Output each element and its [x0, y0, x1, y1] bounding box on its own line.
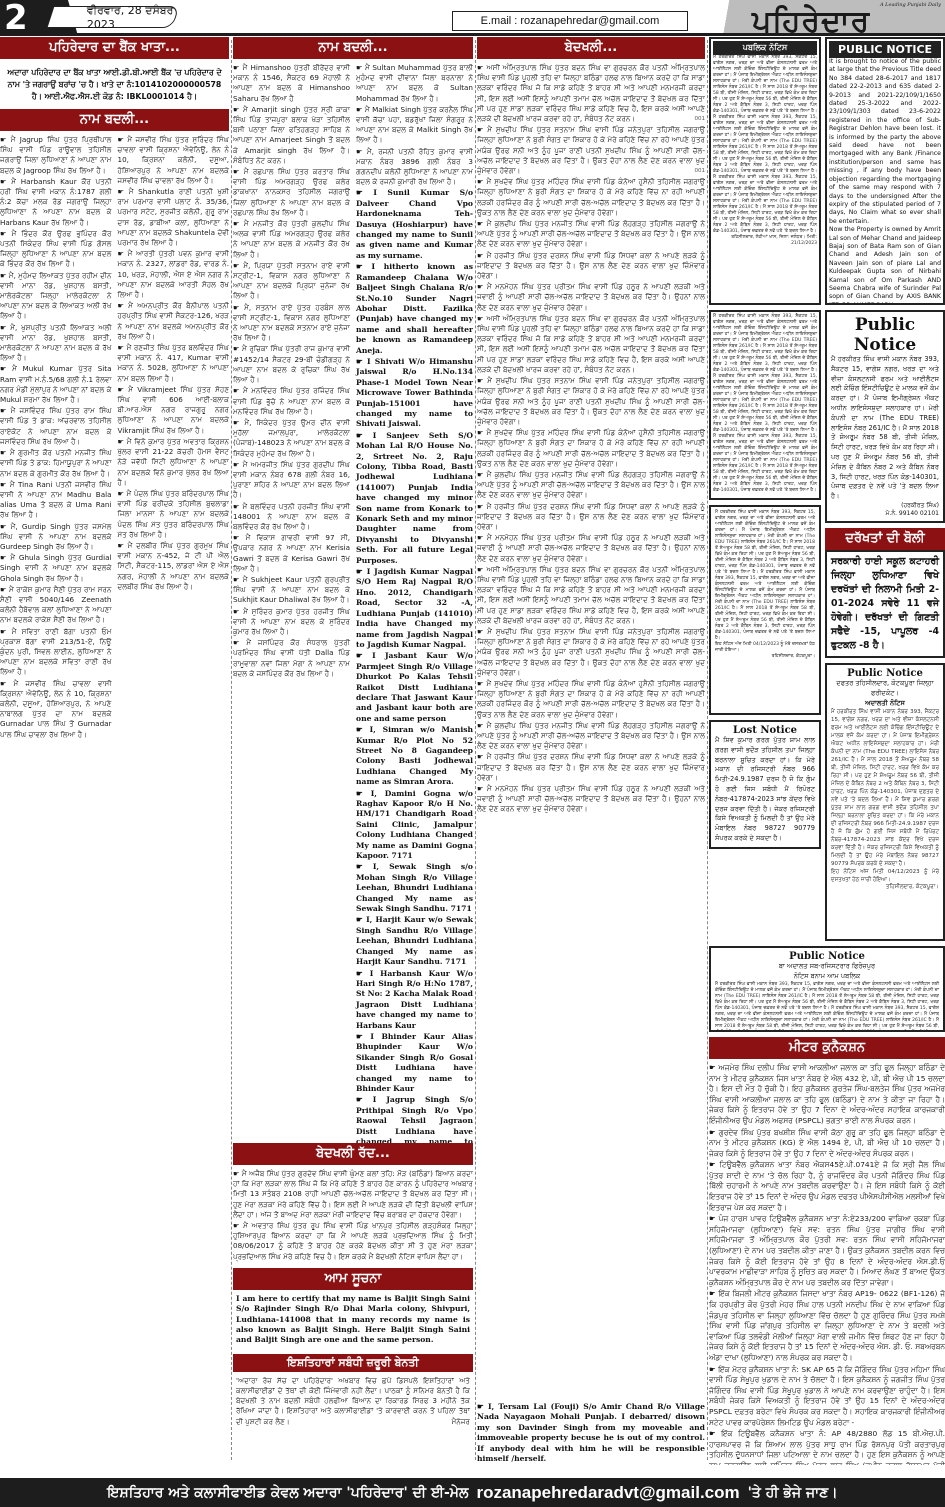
list-item: ☛ ਅਸੀਂ ਅੰਮ੍ਰਿਤਪਾਲ ਸਿੰਘ ਪੁੱਤਰ ਬਦਨ ਸਿੰਘ ਵਾ… [477, 63, 705, 124]
list-item: ☛ I, Simran w/o Manish Kumar R/o Plot No… [356, 725, 473, 787]
hand-pointer-icon: ☛ [477, 784, 487, 793]
hand-pointer-icon: ☛ [233, 418, 244, 427]
court-notice-title: ਪਬਲਿਕ ਨੋਟਿਸ [713, 41, 817, 55]
list-item: ☛ ਮੈਂ ਗੁਰਮੀਤ ਕੌਰ ਪਤਨੀ ਮਨਜੀਤ ਸਿੰਘ ਵਾਸੀ ਪਿ… [0, 448, 112, 479]
hand-pointer-icon: ☛ [477, 533, 487, 542]
list-item: ☛ ਮੈਂ ਸੁਰਿੰਦਰ ਕੁਮਾਰ ਪੁੱਤਰ ਹਰਜੀਤ ਸਿੰਘ ਵਾਸ… [233, 607, 350, 638]
list-item: ☛ I Jasbant Kaur W/o Parmjeet Singh R/o … [356, 651, 473, 724]
kotkapura-notice-footer: ਇਹ ਨੋਟਿਸ ਅੱਜ ਮਿਤੀ 04/12/2023 ਨੂੰ ਮੇਰੇ ਦਸ… [715, 642, 815, 654]
public-notice-pa-title: Public Notice [831, 315, 939, 355]
list-item: ☛ ਮੈਂ ਸਵਿਤਾ ਰਾਣੀ ਬੱਗਾ ਪਤਨੀ ਓਮ ਪ੍ਰਕਾਸ਼ ਬੱ… [0, 627, 112, 678]
public-notice-pa-mobile: ਮੋ.ਨੰ. 99140 02101 [831, 510, 939, 518]
list-item: ☛ ਅਸੀਂ ਅੰਮ੍ਰਿਤਪਾਲ ਸਿੰਘ ਪੁੱਤਰ ਬਦਨ ਸਿੰਘ ਵਾ… [477, 314, 705, 375]
footer-email[interactable]: rozanapehredaradvt@gmail.com [476, 1483, 739, 1503]
list-item: ☛ ਮੈਂ ਰਛਪਾਲ ਸਿੰਘ ਪੁੱਤਰ ਕਰਤਾਰ ਸਿੰਘ ਵਾਸੀ ਪ… [233, 167, 350, 218]
hand-pointer-icon: ☛ [233, 344, 242, 353]
hand-pointer-icon: ☛ [477, 721, 487, 730]
hand-pointer-icon: ☛ [356, 567, 367, 576]
list-item: ☛ I Harbansh Kaur W/o Hari Singh R/o H:N… [356, 969, 473, 1031]
masthead-email[interactable]: E.mail : rozanapehredar@gmail.com [452, 11, 688, 31]
hand-pointer-icon: ☛ [356, 357, 367, 366]
hand-pointer-icon: ☛ [356, 725, 370, 734]
list-item: ☛ ਮੈਂ ਹਰਜੀਤ ਸਿੰਘ ਪੁੱਤਰ ਦਰਸ਼ਨ ਸਿੰਘ ਵਾਸੀ ਪ… [477, 752, 705, 783]
list-item: ☛ ਮੈਂ Jagrup ਸਿੰਘ ਪੁੱਤਰ ਪ੍ਰਿਥੀਪਾਲ ਸਿੰਘ ਵ… [0, 135, 112, 176]
hand-pointer-icon: ☛ [0, 480, 10, 489]
list-item: ☛ I Sunil Kumar S/o Dalveer Chand Vpo Ha… [356, 188, 473, 261]
list-item: ☛ ਇੱਕ ਬਿਜਲੀ ਮੀਟਰ ਕੁਨੈਕਸ਼ਨ ਜਿਸਦਾ ਖਾਤਾ ਨੰਬ… [709, 1289, 945, 1363]
list-item: ☛ ਮੈਂ Mukul Kumar ਪੁੱਤਰ Sita Ram ਵਾਸੀ ਮ.… [0, 364, 112, 405]
list-item: ☛ I hitherto known as Ramandeep Chalana … [356, 262, 473, 356]
hand-pointer-icon: ☛ [477, 125, 487, 134]
list-item: ☛ ਮੈਂ, Gurdip Singh ਪੁੱਤਰ ਜਸਮੇਲ ਸਿੰਘ ਵਾਸ… [0, 522, 112, 553]
masthead-rule [0, 33, 945, 36]
hand-pointer-icon: ☛ [0, 271, 9, 280]
hand-pointer-icon: ☛ [356, 789, 371, 798]
column-divider [231, 40, 232, 1460]
list-item: ☛ I Sanjeev Seth S/O Mohan Lal R/O House… [356, 431, 473, 566]
public-notice-english-box: PUBLIC NOTICE It is brought to notice of… [825, 37, 945, 305]
hand-pointer-icon: ☛ [0, 229, 12, 238]
list-item: ☛ ਮੈਂ ਅਜੈਬ ਸਿੰਘ ਪੁੱਤਰ ਗੁਰਦੇਵ ਸਿੰਘ ਵਾਸੀ ਘ… [233, 1169, 473, 1220]
list-item: ☛ ਮੈਂ, ਰਜਨੀ ਪਤਨੀ ਰੋਹਿਤ ਕੁਮਾਰ ਵਾਸੀ ਮਕਾਨ ਨ… [356, 147, 473, 188]
column-bank-and-name-change: ਪਹਿਰੇਦਾਰ ਦਾ ਬੈਂਕ ਖਾਤਾ... ਅਦਾਰਾ ਪਹਿਰੇਦਾਰ … [0, 37, 229, 1465]
issue-date: ਵੀਰਵਾਰ, 28 ਦਸੰਬਰ 2023 [87, 4, 175, 31]
lost-notice-box: Lost Notice ਮੈਂ ਸ਼ਿਵ ਕੁਮਾਰ ਗਰਗ ਪੁੱਤਰ ਸ਼ਾ… [709, 720, 821, 849]
kotkapura-notice-title: Public Notice [831, 668, 939, 679]
disownment-banner: ਬੇਦਖਲੀ... [477, 37, 705, 59]
list-item: ☛ ਮੈਂ ਜਸਪਿੰਦਰ ਕੌਰ ਸੰਧਰਾਲ ਪੁੱਤਰੀ ਪਰਮਿੰਦਰ … [233, 638, 350, 679]
list-item: ☛ ਮੈਂ ਸੁਖਦੇਵ ਸਿੰਘ ਪੁੱਤਰ ਮਹਿੰਦਰ ਸਿੰਘ ਵਾਸੀ… [477, 177, 705, 218]
kotkapura-notice-sign-2: ਤਹਿਸੀਲਦਾਰ, ਕੋਟਕਪੂਰਾ। [831, 884, 939, 890]
list-item: ☛ ਮੈਂ ਆਰਤੀ ਪੁੱਤਰੀ ਪਵਨ ਕੁਮਾਰ ਵਾਸੀ ਮਕਾਨ ਨੰ… [118, 249, 230, 300]
hand-pointer-icon: ☛ [477, 282, 487, 291]
list-item: ☛ ਮੈਂ ਸੁਖਦੀਪ ਸਿੰਘ ਪੁੱਤਰ ਸਤਨਾਮ ਸਿੰਘ ਵਾਸੀ … [477, 125, 705, 176]
list-item: ☛ ਮੈਂ ਸੁਖਦੇਵ ਸਿੰਘ ਪੁੱਤਰ ਮਹਿੰਦਰ ਸਿੰਘ ਵਾਸੀ… [477, 679, 705, 720]
lost-notice-title: Lost Notice [715, 725, 815, 736]
list-item: ☛ ਮੈਂ Himanshoo ਪੁੱਤਰੀ ਬੀਰੇਂਦਰ ਵਾਸੀ ਮਕਾਨ… [233, 63, 350, 104]
kotkapura-notice-sign: ਤਹਿਸੀਲਦਾਰ, ਕੋਟਕਪੂਰਾ। [715, 654, 815, 660]
court-public-notice-body: ਮੈਂ ਹਰਕੀਰਤ ਸਿੰਘ ਵਾਸੀ ਮਕਾਨ ਨੰਬਰ 393, ਸੈਕਟ… [715, 982, 939, 1032]
hand-pointer-icon: ☛ [709, 1063, 718, 1072]
list-item: ☛ ਮੈਂ ਬਲਵਿੰਦਰ ਪਤਨੀ ਹਰਜੀਤ ਸਿੰਘ ਵਾਸੀ 14800… [233, 502, 350, 533]
list-item: ☛ ਮੈਂ ਰਣਜੀਤ ਸਿੰਘ ਪੁੱਤਰ ਬਲਵਿੰਦਰ ਸਿੰਘ ਵਾਸੀ… [118, 343, 230, 384]
list-item: ☛ ਮੈਂ ਵਿਨੋ ਕੁਮਾਰ ਪੁੱਤਰ ਅਵਤਾਰ ਕ੍ਰਿਸ਼ਨ ਖੁੱ… [118, 437, 230, 488]
list-item: ☛ ਮੈਂ, ਸਿਕੰਦਰ ਪੁੱਤਰ ਉਮਰ ਦੀਨ ਵਾਸੀ ਮੁਹੱਲਾ … [233, 418, 350, 459]
list-item: ☛ I Jagrup Singh S/o Prithipal Singh R/o… [356, 1095, 473, 1143]
list-item: ☛ ਮੈਂ, ਪ੍ਰਿਯਾ ਪੁੱਤਰੀ ਸਤਨਾਮ ਰਾਏ ਵਾਸੀ ਸਟ੍ਰ… [233, 261, 350, 302]
name-change-list-left: ☛ ਮੈਂ Jagrup ਸਿੰਘ ਪੁੱਤਰ ਪ੍ਰਿਥੀਪਾਲ ਸਿੰਘ ਵ… [0, 135, 112, 741]
list-item: ☛ ਮੈਂ Shankutla ਰਾਣੀ ਪਤਨੀ ਖੁਸ਼ੀ ਰਾਮ ਪਰਮਾ… [118, 187, 230, 248]
kotkapura-notice-body: ਮੈਂ ਹਰਕੀਰਤ ਸਿੰਘ ਵਾਸੀ ਮਕਾਨ ਨੰਬਰ 393, ਸੈਕਟ… [831, 708, 939, 868]
hand-pointer-icon: ☛ [356, 651, 372, 660]
list-item: ☛ ਮੈਂ ਅਮਨਪ੍ਰੀਤ ਕੌਰ ਬੈਨੀਪਾਲ ਪਤਨੀ ਹਰਪ੍ਰੀਤ … [118, 301, 230, 342]
hand-pointer-icon: ☛ [356, 431, 373, 440]
court-public-notice-heading: ਨੋਟਿਸ ਬਨਾਮ ਆਮ ਪਬਲਿਕ [715, 972, 939, 982]
list-item: ☛ ਮੈਂ Sultan Muhammad ਪੁੱਤਰ ਬਾਲੀ ਮੁਹੰਮਦ … [356, 63, 473, 104]
list-item: ☛ I Bhinder Kaur Alias Bhupinder Kaur W/… [356, 1032, 473, 1094]
court-public-notice-title: Public Notice [715, 951, 939, 962]
bank-account-text: ਅਦਾਰਾ ਪਹਿਰੇਦਾਰ ਦਾ ਬੈਂਕ ਖਾਤਾ ਆਈ.ਡੀ.ਬੀ.ਆਈ … [0, 63, 229, 109]
hand-pointer-icon: ☛ [233, 63, 243, 72]
list-item: ☛ ਮੈਂ Tina Rani ਪਤਨੀ ਜਸਵੀਰ ਸਿੰਘ ਵਾਸੀ ਨੇ … [0, 480, 112, 521]
hand-pointer-icon: ☛ [233, 638, 246, 647]
list-item: ☛ ਮੈਂ ਮਨਜੀਤ ਕੌਰ ਪੁੱਤਰੀ ਕੁਲਦੀਪ ਸਿੰਘ ਅਲਕ ਵ… [233, 219, 350, 260]
hand-pointer-icon: ☛ [233, 105, 243, 114]
hand-pointer-icon: ☛ [709, 1289, 718, 1298]
public-info-text: I am here to certify that my name is Bal… [233, 1294, 473, 1346]
list-item: ☛ ਮੈਂ ਭਿੰਦਰ ਕੌਰ ਉਰਫ ਭੁਪਿੰਦਰ ਕੌਰ ਪਤਨੀ ਸਿਕ… [0, 229, 112, 270]
kotkapura-notice-box-left: ਮੈਂ ਹਰਕੀਰਤ ਸਿੰਘ ਵਾਸੀ ਮਕਾਨ ਨੰਬਰ 393, ਸੈਕਟ… [709, 505, 821, 715]
hand-pointer-icon: ☛ [118, 301, 129, 310]
name-change-banner: ਨਾਮ ਬਦਲੀ... [0, 109, 229, 131]
name-change-list-punjabi: ☛ ਮੈਂ Himanshoo ਪੁੱਤਰੀ ਬੀਰੇਂਦਰ ਵਾਸੀ ਮਕਾਨ… [233, 63, 350, 1143]
court-notice-box-2: ਮੈਂ ਹਰਕੀਰਤ ਸਿੰਘ ਵਾਸੀ ਮਕਾਨ ਨੰਬਰ 393, ਸੈਕਟ… [709, 310, 821, 500]
hand-pointer-icon: ☛ [118, 437, 127, 446]
public-notice-punjabi-box: Public Notice ਮੈਂ ਹਰਕੀਰਤ ਸਿੰਘ ਵਾਸੀ ਮਕਾਨ … [825, 310, 945, 523]
tree-auction-body: ਸਰਕਾਰੀ ਹਾਈ ਸਕੂਲ ਕਟਾਹਰੀ ਜਿਲ੍ਹਾ ਲੁਧਿਆਣਾ ਵਿ… [831, 555, 939, 653]
ads-notice-text: 'ਅਦਾਰਾ ਰੋਜ਼ ਸੱਚ ਦਾ ਪਹਿਰੇਦਾਰ' ਅਖਬਾਰ ਵਿਚ ਛ… [233, 1376, 473, 1427]
hand-pointer-icon: ☛ [0, 323, 10, 332]
column-name-change-2: ਨਾਮ ਬਦਲੀ... ☛ ਮੈਂ Himanshoo ਪੁੱਤਰੀ ਬੀਰੇਂ… [233, 37, 473, 1465]
hand-pointer-icon: ☛ [0, 448, 10, 457]
list-item: ☛ ਟਿਊਬਵੈੱਲ ਕੁਨੈਕਸ਼ਨ ਖਾਤਾ ਨੰਬਰ ਐਕਸ45ਏ.ਪੀ.… [709, 1160, 945, 1213]
hand-pointer-icon: ☛ [477, 376, 487, 385]
list-item: ☛ ਅਜਮੇਰ ਸਿੰਘ ਦਲੀਪ ਸਿੰਘ ਵਾਸੀ ਆਕਲੀਆ ਜਲਾਲ ਕ… [709, 1063, 945, 1127]
hand-pointer-icon: ☛ [0, 522, 11, 531]
list-item: ☛ ਮੈਂ, ਖੁਸ਼ਪ੍ਰੀਤ ਪਤਨੀ ਲਿਆਕਤ ਅਲੀ ਵਾਸੀ ਮਾਨ… [0, 323, 112, 364]
list-item: ☛ ਮੈਂ ਅਮਰਜੀਤ ਸਿੰਘ ਪੁੱਤਰ ਗੁਰਦੀਪ ਸਿੰਘ ਵਾਸੀ… [233, 460, 350, 501]
hand-pointer-icon: ☛ [233, 1221, 243, 1230]
hand-pointer-icon: ☛ [477, 1402, 488, 1411]
list-item: ☛ ਮੈਂ ਹਰਜੀਤ ਸਿੰਘ ਪੁੱਤਰ ਦਰਸ਼ਨ ਸਿੰਘ ਵਾਸੀ ਪ… [477, 251, 705, 282]
list-item: ☛ ਮੈਂ ਕੁਲਦੀਪ ਸਿੰਘ ਪੁੱਤਰ ਮਨਜੀਤ ਸਿੰਘ ਵਾਸੀ … [477, 219, 705, 250]
bank-account-banner: ਪਹਿਰੇਦਾਰ ਦਾ ਬੈਂਕ ਖਾਤਾ... [0, 37, 229, 59]
list-item: ☛ ਮੈਂ ਮਨਮੋਹਨ ਸਿੰਘ ਪੁੱਤਰ ਪ੍ਰੀਤਮ ਸਿੰਘ ਵਾਸੀ… [477, 282, 705, 313]
hand-pointer-icon: ☛ [233, 1169, 242, 1178]
court-notice-box: ਪਬਲਿਕ ਨੋਟਿਸ ਮੈਂ ਹਰਕੀਰਤ ਸਿੰਘ ਵਾਸੀ ਮਕਾਨ ਨੰ… [709, 37, 821, 305]
court-notice-body: ਮੈਂ ਹਰਕੀਰਤ ਸਿੰਘ ਵਾਸੀ ਮਕਾਨ ਨੰਬਰ 393, ਸੈਕਟ… [713, 55, 817, 235]
name-change-list-right: ☛ ਮੈਂ ਜਸਵੀਰ ਸਿੰਘ ਪੁੱਤਰ ਸੁਰਿੰਦਰ ਸਿੰਘ ਚਾਵਲ… [118, 135, 230, 741]
list-item: ☛ ਮੈਂ Amarjit singh ਪੁੱਤਰ ਸ੍ਰੀ ਕਾਕਾ ਸਿੰਘ… [233, 105, 350, 166]
hand-pointer-icon: ☛ [118, 343, 127, 352]
list-item: ☛ ਮੈਂ ਮਨਵਿੰਦਰ ਸਿੰਘ ਪੁੱਤਰ ਰਜਿੰਦਰ ਸਿੰਘ ਵਾਸ… [233, 386, 350, 417]
list-item: ☛ ਮੈਂ ਸੁਖਦੇਵ ਸਿੰਘ ਪੁੱਤਰ ਮਹਿੰਦਰ ਸਿੰਘ ਵਾਸੀ… [477, 428, 705, 469]
column-divider [707, 40, 708, 1460]
hand-pointer-icon: ☛ [118, 541, 128, 550]
list-item: ☛ I, Sewak Singh s/o Mohan Singh R/o Vil… [356, 862, 473, 914]
kotkapura-notice-footer-2: ਇਹ ਨੋਟਿਸ ਅੱਜ ਮਿਤੀ 04/12/2023 ਨੂੰ ਮੇਰੇ ਦਸ… [831, 868, 939, 884]
tagline: A Leading Punjabi Daily [880, 2, 941, 8]
hand-pointer-icon: ☛ [233, 386, 243, 395]
list-item: ☛ ਮੈਂ ਜਸਵਿੰਦਰ ਸਿੰਘ ਪੁੱਤਰ ਰਾਮ ਸਿੰਘ ਵਾਸੀ ਪ… [0, 406, 112, 447]
hand-pointer-icon: ☛ [709, 1128, 719, 1137]
hand-pointer-icon: ☛ [0, 679, 14, 688]
hand-pointer-icon: ☛ [356, 862, 373, 871]
hand-pointer-icon: ☛ [709, 1365, 718, 1374]
masthead: 2 ਵੀਰਵਾਰ, 28 ਦਸੰਬਰ 2023 E.mail : rozanap… [0, 0, 945, 36]
hand-pointer-icon: ☛ [0, 553, 10, 562]
court-notice-sign: ਤਹਿਸੀਲਦਾਰ, ਲੋਹੀਆਂ ਖਾਸ, ਜਿਲਾ: ਜਲੰਧਰ। ਮਿਤੀ… [713, 235, 817, 247]
hand-pointer-icon: ☛ [356, 147, 367, 156]
list-item: ☛ ਮੈਂ Ghula Singh ਪੁੱਤਰ Gurdial Singh ਵਾ… [0, 553, 112, 584]
hand-pointer-icon: ☛ [118, 385, 129, 394]
list-item: ☛ ਮੈਂ Vikramjeet ਸਿੰਘ ਪੁੱਤਰ ਸੋਹਣ ਸਿੰਘ ਵਾ… [118, 385, 230, 436]
hand-pointer-icon: ☛ [356, 1032, 370, 1041]
list-item: ☛ ਮੈਂ ਜਸਵੀਰ ਸਿੰਘ ਚਾਵਲਾ ਵਾਸੀ ਕ੍ਰਿਸ਼ਨਾ ਐਵੇ… [0, 679, 112, 740]
footer-banner: ਇਸ਼ਤਿਹਾਰ ਅਤੇ ਕਲਾਸੀਫਾਈਡ ਕੇਵਲ ਅਦਾਰਾ 'ਪਹਿਰੇ… [0, 1478, 945, 1507]
list-item: ☛ ਮੈਂ ਦਲਬੀਰ ਸਿੰਘ ਪੁੱਤਰ ਗੁਰਮੁਖ ਸਿੰਘ ਵਾਸੀ … [118, 541, 230, 592]
hand-pointer-icon: ☛ [356, 969, 370, 978]
hand-pointer-icon: ☛ [356, 1095, 373, 1104]
list-item: ☛ ਮੈਂ ਵਿਕਾਸ ਗਾਵਰੀ ਵਾਸੀ 97 ਸੀ, ਉਪਕਾਰ ਨਗਰ … [233, 533, 350, 574]
hand-pointer-icon: ☛ [356, 105, 365, 114]
ads-notice-banner: ਇਸ਼ਤਿਹਾਰਾਂ ਸਬੰਧੀ ਜ਼ਰੂਰੀ ਬੇਨਤੀ [233, 1354, 473, 1372]
name-change-banner-2: ਨਾਮ ਬਦਲੀ... [233, 37, 473, 59]
column-notices: ਪਬਲਿਕ ਨੋਟਿਸ ਮੈਂ ਹਰਕੀਰਤ ਸਿੰਘ ਵਾਸੀ ਮਕਾਨ ਨੰ… [709, 37, 945, 1465]
footer-text: ਇਸ਼ਤਿਹਾਰ ਅਤੇ ਕਲਾਸੀਫਾਈਡ ਕੇਵਲ ਅਦਾਰਾ 'ਪਹਿਰੇ… [107, 1485, 468, 1501]
hand-pointer-icon: ☛ [477, 470, 487, 479]
hand-pointer-icon: ☛ [709, 1214, 719, 1223]
public-info-banner: ਆਮ ਸੂਚਨਾ [233, 1268, 473, 1290]
list-item: ☛ ਮੈਂ, ਸਤਨਾਮ ਰਾਏ ਪੁੱਤਰ ਹਰਬੰਸ ਲਾਲ ਵਾਸੀ ਸਟ… [233, 303, 350, 344]
hand-pointer-icon: ☛ [233, 303, 244, 312]
hand-pointer-icon: ☛ [0, 406, 11, 415]
list-item: ☛ ਮੈਂ ਸੁਖਦੀਪ ਸਿੰਘ ਪੁੱਤਰ ਸਤਨਾਮ ਸਿੰਘ ਵਾਸੀ … [477, 376, 705, 427]
list-item: ☛ ਮੈਂ ਹਰਜੀਤ ਸਿੰਘ ਪੁੱਤਰ ਦਰਸ਼ਨ ਸਿੰਘ ਵਾਸੀ ਪ… [477, 502, 705, 533]
list-item: ☛ ਪੰਜ ਹਾਰਸ ਪਾਵਰ ਟਿਊਬਵੈੱਲ ਕੁਨੈਕਸ਼ਨ ਖਾਤਾ ਨ… [709, 1214, 945, 1288]
hand-pointer-icon: ☛ [118, 249, 128, 258]
list-item: ☛ ਮੈਂ ਕੁਲਦੀਪ ਸਿੰਘ ਪੁੱਤਰ ਮਨਜੀਤ ਸਿੰਘ ਵਾਸੀ … [477, 721, 705, 752]
date-box: ਵੀਰਵਾਰ, 28 ਦਸੰਬਰ 2023 [46, 6, 179, 28]
disownment-list: ☛ ਅਸੀਂ ਅੰਮ੍ਰਿਤਪਾਲ ਸਿੰਘ ਪੁੱਤਰ ਬਦਨ ਸਿੰਘ ਵਾ… [477, 63, 705, 815]
list-item: ☛ I, Harjit Kaur w/o Sewak Singh Sandhu … [356, 915, 473, 967]
list-item: ☛ ਮੈਂ ਮਨਮੋਹਨ ਸਿੰਘ ਪੁੱਤਰ ਪ੍ਰੀਤਮ ਸਿੰਘ ਵਾਸੀ… [477, 533, 705, 564]
hand-pointer-icon: ☛ [356, 188, 373, 197]
hand-pointer-icon: ☛ [0, 585, 9, 594]
list-item: ☛ I, Damini Gogna w/o Raghav Kapoor R/o … [356, 789, 473, 862]
hand-pointer-icon: ☛ [356, 63, 365, 72]
hand-pointer-icon: ☛ [118, 187, 129, 196]
kotkapura-notice-box: Public Notice ਦਫਤਰ ਤਹਿਸੀਲਦਾਰ, ਕੋਟਕਪੂਰਾ ਜ… [825, 663, 945, 941]
court-public-notice-box: Public Notice ਬਾ ਅਦਾਲਤ ਸਬ-ਰਜਿਸਟਰਾਰ ਫਿਰੋਜ… [709, 946, 945, 1032]
list-item: ☛ ਗੁਰਦੇਵ ਸਿੰਘ ਪੁੱਤਰ ਬਖਸ਼ੀਸ਼ ਸਿੰਘ ਵਾਸੀ ਕੋ… [709, 1128, 945, 1160]
public-notice-owner: Now the Property is owned by Amrit Lal s… [829, 226, 941, 305]
hand-pointer-icon: ☛ [233, 261, 243, 270]
list-item: ☛ ਮੈਂ, ਮੁਹੰਮਦ ਲਿਆਕਤ ਪੁੱਤਰ ਰਹੀਮ ਦੀਨ ਵਾਸੀ … [0, 271, 112, 322]
disown-cancel-list: ☛ ਮੈਂ ਅਜੈਬ ਸਿੰਘ ਪੁੱਤਰ ਗੁਰਦੇਵ ਸਿੰਘ ਵਾਸੀ ਘ… [233, 1169, 473, 1262]
list-item: ☛ ਮੈਂ ਜਸਵੀਰ ਸਿੰਘ ਪੁੱਤਰ ਸੁਰਿੰਦਰ ਸਿੰਘ ਚਾਵਲ… [118, 135, 230, 186]
list-item: ☛ ਮੈਂ Malkiat Singh ਪੁੱਤਰ ਕਰਨੈਲ ਸਿੰਘ ਵਾਸ… [356, 105, 473, 146]
kotkapura-notice-body-left: ਮੈਂ ਹਰਕੀਰਤ ਸਿੰਘ ਵਾਸੀ ਮਕਾਨ ਨੰਬਰ 393, ਸੈਕਟ… [715, 510, 815, 642]
list-item: ☛ ਮੈਂ ਪੰਦਲ ਸਿੰਘ ਪੁੱਤਰ ਬਰਿੰਦਰਪਾਲ ਸਿੰਘ ਵਾਸ… [118, 489, 230, 540]
hand-pointer-icon: ☛ [233, 167, 244, 176]
name-change-list-mixed: ☛ ਮੈਂ Sultan Muhammad ਪੁੱਤਰ ਬਾਲੀ ਮੁਹੰਮਦ … [356, 63, 473, 1143]
hand-pointer-icon: ☛ [477, 219, 487, 228]
list-item: ☛ ਇੱਕ ਮੋਟਰ ਕੁਨੈਕਸ਼ਨ ਖਾਤਾ ਨੰ: SK AP 65 ਜੋ… [709, 1365, 945, 1429]
list-item: ☛ ਮੈਂ ਅਵਤਾਰ ਸਿੰਘ ਪੁੱਤਰ ਰੂਪ ਸਿੰਘ ਵਾਸੀ ਪਿੰ… [233, 1221, 473, 1262]
hand-pointer-icon: ☛ [233, 607, 243, 616]
hand-pointer-icon: ☛ [0, 364, 12, 373]
hand-pointer-icon: ☛ [233, 502, 243, 511]
disown-cancel-banner: ਬੇਦਖਲੀ ਰੱਦ... [233, 1143, 473, 1165]
ads-notice-sign: ਮੈਨੇਜਰ [452, 1417, 470, 1427]
public-notice-title: PUBLIC NOTICE [829, 41, 941, 58]
list-item: ☛ ਅਸੀਂ ਅੰਮ੍ਰਿਤਪਾਲ ਸਿੰਘ ਪੁੱਤਰ ਬਦਨ ਸਿੰਘ ਵਾ… [477, 565, 705, 626]
hand-pointer-icon: ☛ [233, 533, 246, 542]
hand-pointer-icon: ☛ [0, 135, 11, 144]
public-notice-body: It is brought to notice of the public at… [829, 58, 941, 226]
court-notice-2-body: ਮੈਂ ਹਰਕੀਰਤ ਸਿੰਘ ਵਾਸੀ ਮਕਾਨ ਨੰਬਰ 393, ਸੈਕਟ… [713, 314, 817, 494]
hand-pointer-icon: ☛ [356, 915, 366, 924]
public-notice-pa-body: ਮੈਂ ਹਰਕੀਰਤ ਸਿੰਘ ਵਾਸੀ ਮਕਾਨ ਨੰਬਰ 393, ਸੈਕਟ… [831, 355, 939, 502]
column-disownment: ਬੇਦਖਲੀ... ☛ ਅਸੀਂ ਅੰਮ੍ਰਿਤਪਾਲ ਸਿੰਘ ਪੁੱਤਰ ਬ… [477, 37, 705, 1465]
hand-pointer-icon: ☛ [233, 219, 244, 228]
disownment-english-item: ☛ I, Tersam Lal (Fouji) S/o Amir Chand R… [477, 1402, 705, 1464]
list-item: ☛ ਮੈਂ ਰਾਕੇਸ਼ ਕੁਮਾਰ ਸੈਣੀ ਪੁੱਤਰ ਰਾਮ ਸਰਨ ਸੈ… [0, 585, 112, 626]
list-item: ☛ I Shivati W/o Himanshu Jaiswal R/o H.N… [356, 357, 473, 430]
hand-pointer-icon: ☛ [477, 627, 487, 636]
lost-notice-body: ਮੈਂ ਸ਼ਿਵ ਕੁਮਾਰ ਗਰਗ ਪੁੱਤਰ ਸ਼ਾਮ ਲਾਲ ਗਰਗ ਵਾ… [715, 736, 815, 844]
column-divider [475, 40, 476, 1460]
hand-pointer-icon: ☛ [0, 627, 12, 636]
hand-pointer-icon: ☛ [233, 460, 243, 469]
hand-pointer-icon: ☛ [356, 262, 371, 271]
tree-auction-banner: ਦਰੱਖਤਾਂ ਦੀ ਬੋਲੀ [825, 528, 945, 550]
tree-auction-box: ਸਰਕਾਰੀ ਹਾਈ ਸਕੂਲ ਕਟਾਹਰੀ ਜਿਲ੍ਹਾ ਲੁਧਿਆਣਾ ਵਿ… [825, 550, 945, 658]
footer-text-end: 'ਤੇ ਹੀ ਭੇਜੇ ਜਾਣ। [748, 1485, 838, 1501]
hand-pointer-icon: ☛ [709, 1429, 721, 1438]
list-item: ☛ ਮੈਂ ਰੁਚਿਕਾ ਸਿੰਘ ਪੁੱਤਰੀ ਰਾਜ ਕੁਮਾਰ ਵਾਸੀ … [233, 344, 350, 385]
hand-pointer-icon: ☛ [477, 502, 487, 511]
hand-pointer-icon: ☛ [709, 1160, 719, 1169]
list-item: ☛ ਮੈਂ ਮਨਮੋਹਨ ਸਿੰਘ ਪੁੱਤਰ ਪ੍ਰੀਤਮ ਸਿੰਘ ਵਾਸੀ… [477, 784, 705, 815]
hand-pointer-icon: ☛ [118, 489, 127, 498]
hand-pointer-icon: ☛ [477, 251, 487, 260]
list-item: ☛ I Jagdish Kumar Nagpal S/O Hem Raj Nag… [356, 567, 473, 650]
list-item: ☛ ਮੈਂ ਸੁਖਦੀਪ ਸਿੰਘ ਪੁੱਤਰ ਸਤਨਾਮ ਸਿੰਘ ਵਾਸੀ … [477, 627, 705, 678]
hand-pointer-icon: ☛ [477, 752, 487, 761]
court-public-notice-subtitle: ਬਾ ਅਦਾਲਤ ਸਬ-ਰਜਿਸਟਰਾਰ ਫਿਰੋਜ਼ਪੁਰ [715, 962, 939, 972]
public-notice-pa-signer: (ਹਰਕੀਰਤ ਸਿੰਘ) [831, 502, 939, 510]
meter-connection-list: ☛ ਅਜਮੇਰ ਸਿੰਘ ਦਲੀਪ ਸਿੰਘ ਵਾਸੀ ਆਕਲੀਆ ਜਲਾਲ ਕ… [709, 1063, 945, 1465]
list-item: ☛ ਮੈਂ Harbansh Kaur ਕੌਰ ਪਤਨੀ ਹਰੀ ਸਿੰਘ ਵਾ… [0, 177, 112, 228]
meter-connection-banner: ਮੀਟਰ ਕੁਨੈਕਸ਼ਨ [709, 1037, 945, 1059]
list-item: ☛ ਇੱਕ ਟਿਊਬਵੈੱਲ ਕਨੈਕਸ਼ਨ ਖਾਤਾ ਨੰ: AP 48/28… [709, 1429, 945, 1465]
kotkapura-notice-heading: ਅਦਾਲਤੀ ਨੋਟਿਸ [831, 699, 939, 709]
list-item: ☛ ਮੈਂ Sukhjeet Kaur ਪਤਨੀ ਗੁਰਪ੍ਰੀਤ ਸਿੰਘ ਵ… [233, 575, 350, 606]
hand-pointer-icon: ☛ [0, 177, 11, 186]
list-item: ☛ ਮੈਂ ਕੁਲਦੀਪ ਸਿੰਘ ਪੁੱਤਰ ਮਨਜੀਤ ਸਿੰਘ ਵਾਸੀ … [477, 470, 705, 501]
hand-pointer-icon: ☛ [233, 575, 243, 584]
hand-pointer-icon: ☛ [118, 135, 128, 144]
kotkapura-notice-subtitle: ਦਫਤਰ ਤਹਿਸੀਲਦਾਰ, ਕੋਟਕਪੂਰਾ ਜਿਲ੍ਹਾ ਫਰੀਦਕੋਟ। [831, 679, 939, 699]
